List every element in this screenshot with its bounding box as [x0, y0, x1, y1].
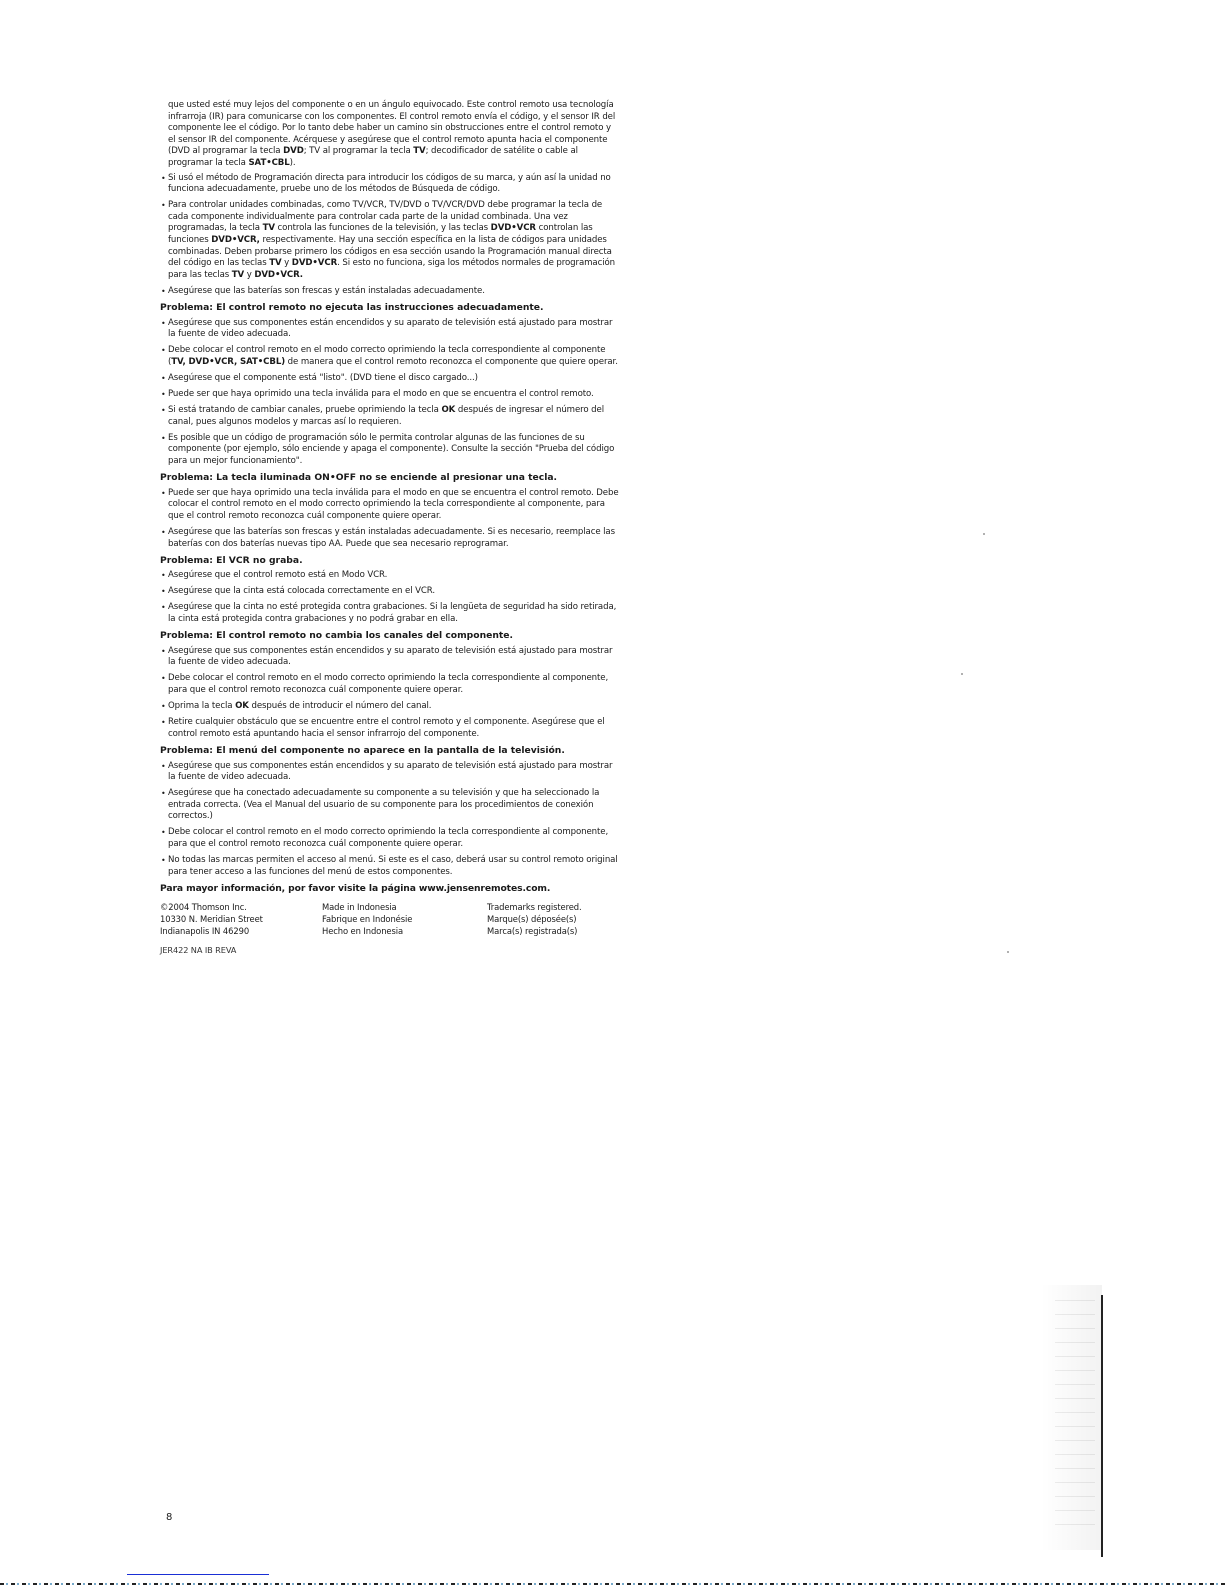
list-item: Oprima la tecla OK después de introducir… — [160, 701, 620, 713]
credits-origin: Made in Indonesia Fabrique en Indonésie … — [322, 902, 487, 937]
credit-line: Marca(s) registrada(s) — [487, 926, 582, 938]
key-label: OK — [235, 701, 249, 711]
text: Oprima la tecla — [168, 701, 235, 711]
document-id: JER422 NA IB REVA — [160, 945, 620, 957]
credit-line: Trademarks registered. — [487, 902, 582, 914]
accent-line — [127, 1574, 269, 1575]
key-label: DVD•VCR — [491, 223, 536, 233]
list-item: Debe colocar el control remoto en el mod… — [160, 827, 620, 850]
credits-company: ©2004 Thomson Inc. 10330 N. Meridian Str… — [160, 902, 322, 937]
credit-line: 10330 N. Meridian Street — [160, 914, 322, 926]
scan-bleed-text — [1055, 1300, 1095, 1538]
list-item: Si está tratando de cambiar canales, pru… — [160, 405, 620, 428]
key-label: OK — [441, 405, 455, 415]
key-label: DVD•VCR — [292, 258, 337, 268]
credits-block: ©2004 Thomson Inc. 10330 N. Meridian Str… — [160, 902, 620, 937]
list-item: Asegúrese que la cinta no esté protegida… — [160, 602, 620, 625]
list-item: Asegúrese que el control remoto está en … — [160, 570, 620, 582]
list-item: Asegúrese que ha conectado adecuadamente… — [160, 788, 620, 823]
list-item: Puede ser que haya oprimido una tecla in… — [160, 488, 620, 523]
text: y — [244, 270, 254, 280]
credit-line: Fabrique en Indonésie — [322, 914, 487, 926]
key-label: DVD — [283, 146, 304, 156]
list-item: Asegúrese que las baterías son frescas y… — [160, 527, 620, 550]
key-label: SAT•CBL — [248, 158, 289, 168]
list-item: Retire cualquier obstáculo que se encuen… — [160, 717, 620, 740]
list-item: Puede ser que haya oprimido una tecla in… — [160, 389, 620, 401]
scan-speck — [983, 533, 985, 535]
section-heading: Problema: El control remoto no ejecuta l… — [160, 302, 620, 314]
key-label: TV — [232, 270, 244, 280]
list-item: Asegúrese que las baterías son frescas y… — [160, 286, 620, 298]
page-number: 8 — [166, 1512, 172, 1523]
credits-trademarks: Trademarks registered. Marque(s) déposée… — [487, 902, 582, 937]
key-label: DVD•VCR, — [211, 235, 260, 245]
key-label: DVD•VCR. — [254, 270, 303, 280]
list-item: Es posible que un código de programación… — [160, 433, 620, 468]
page-edge-shadow — [1101, 1295, 1103, 1557]
list-item: Para controlar unidades combinadas, como… — [160, 200, 620, 281]
list-item: Asegúrese que la cinta está colocada cor… — [160, 586, 620, 598]
text: Si está tratando de cambiar canales, pru… — [168, 405, 441, 415]
credit-line: Marque(s) déposée(s) — [487, 914, 582, 926]
text: controla las funciones de la televisión,… — [275, 223, 491, 233]
more-info-link: Para mayor información, por favor visite… — [160, 883, 620, 895]
document-page: que usted esté muy lejos del componente … — [160, 100, 620, 957]
intro-paragraph: que usted esté muy lejos del componente … — [168, 100, 620, 170]
text: ; TV al programar la tecla — [304, 146, 414, 156]
credit-line: Made in Indonesia — [322, 902, 487, 914]
section-heading: Problema: El VCR no graba. — [160, 555, 620, 567]
text: de manera que el control remoto reconozc… — [285, 357, 618, 367]
list-item: Debe colocar el control remoto en el mod… — [160, 673, 620, 696]
list-item: No todas las marcas permiten el acceso a… — [160, 855, 620, 878]
key-label: TV, DVD•VCR, SAT•CBL) — [171, 357, 285, 367]
section-heading: Problema: El control remoto no cambia lo… — [160, 630, 620, 642]
key-label: TV — [413, 146, 425, 156]
list-item: Asegúrese que el componente está "listo"… — [160, 373, 620, 385]
list-item: Asegúrese que sus componentes están ence… — [160, 761, 620, 784]
credit-line: Hecho en Indonesia — [322, 926, 487, 938]
list-item: Asegúrese que sus componentes están ence… — [160, 646, 620, 669]
key-label: TV — [269, 258, 281, 268]
text: después de introducir el número del cana… — [249, 701, 432, 711]
list-item: Debe colocar el control remoto en el mod… — [160, 345, 620, 368]
scan-speck — [1007, 951, 1009, 953]
text: y — [282, 258, 292, 268]
list-item: Asegúrese que sus componentes están ence… — [160, 318, 620, 341]
credit-line: Indianapolis IN 46290 — [160, 926, 322, 938]
key-label: TV — [263, 223, 275, 233]
section-heading: Problema: La tecla iluminada ON•OFF no s… — [160, 472, 620, 484]
text: ). — [290, 158, 296, 168]
credit-line: ©2004 Thomson Inc. — [160, 902, 322, 914]
section-heading: Problema: El menú del componente no apar… — [160, 745, 620, 757]
list-item: Si usó el método de Programación directa… — [160, 173, 620, 196]
scan-speck — [961, 673, 963, 675]
